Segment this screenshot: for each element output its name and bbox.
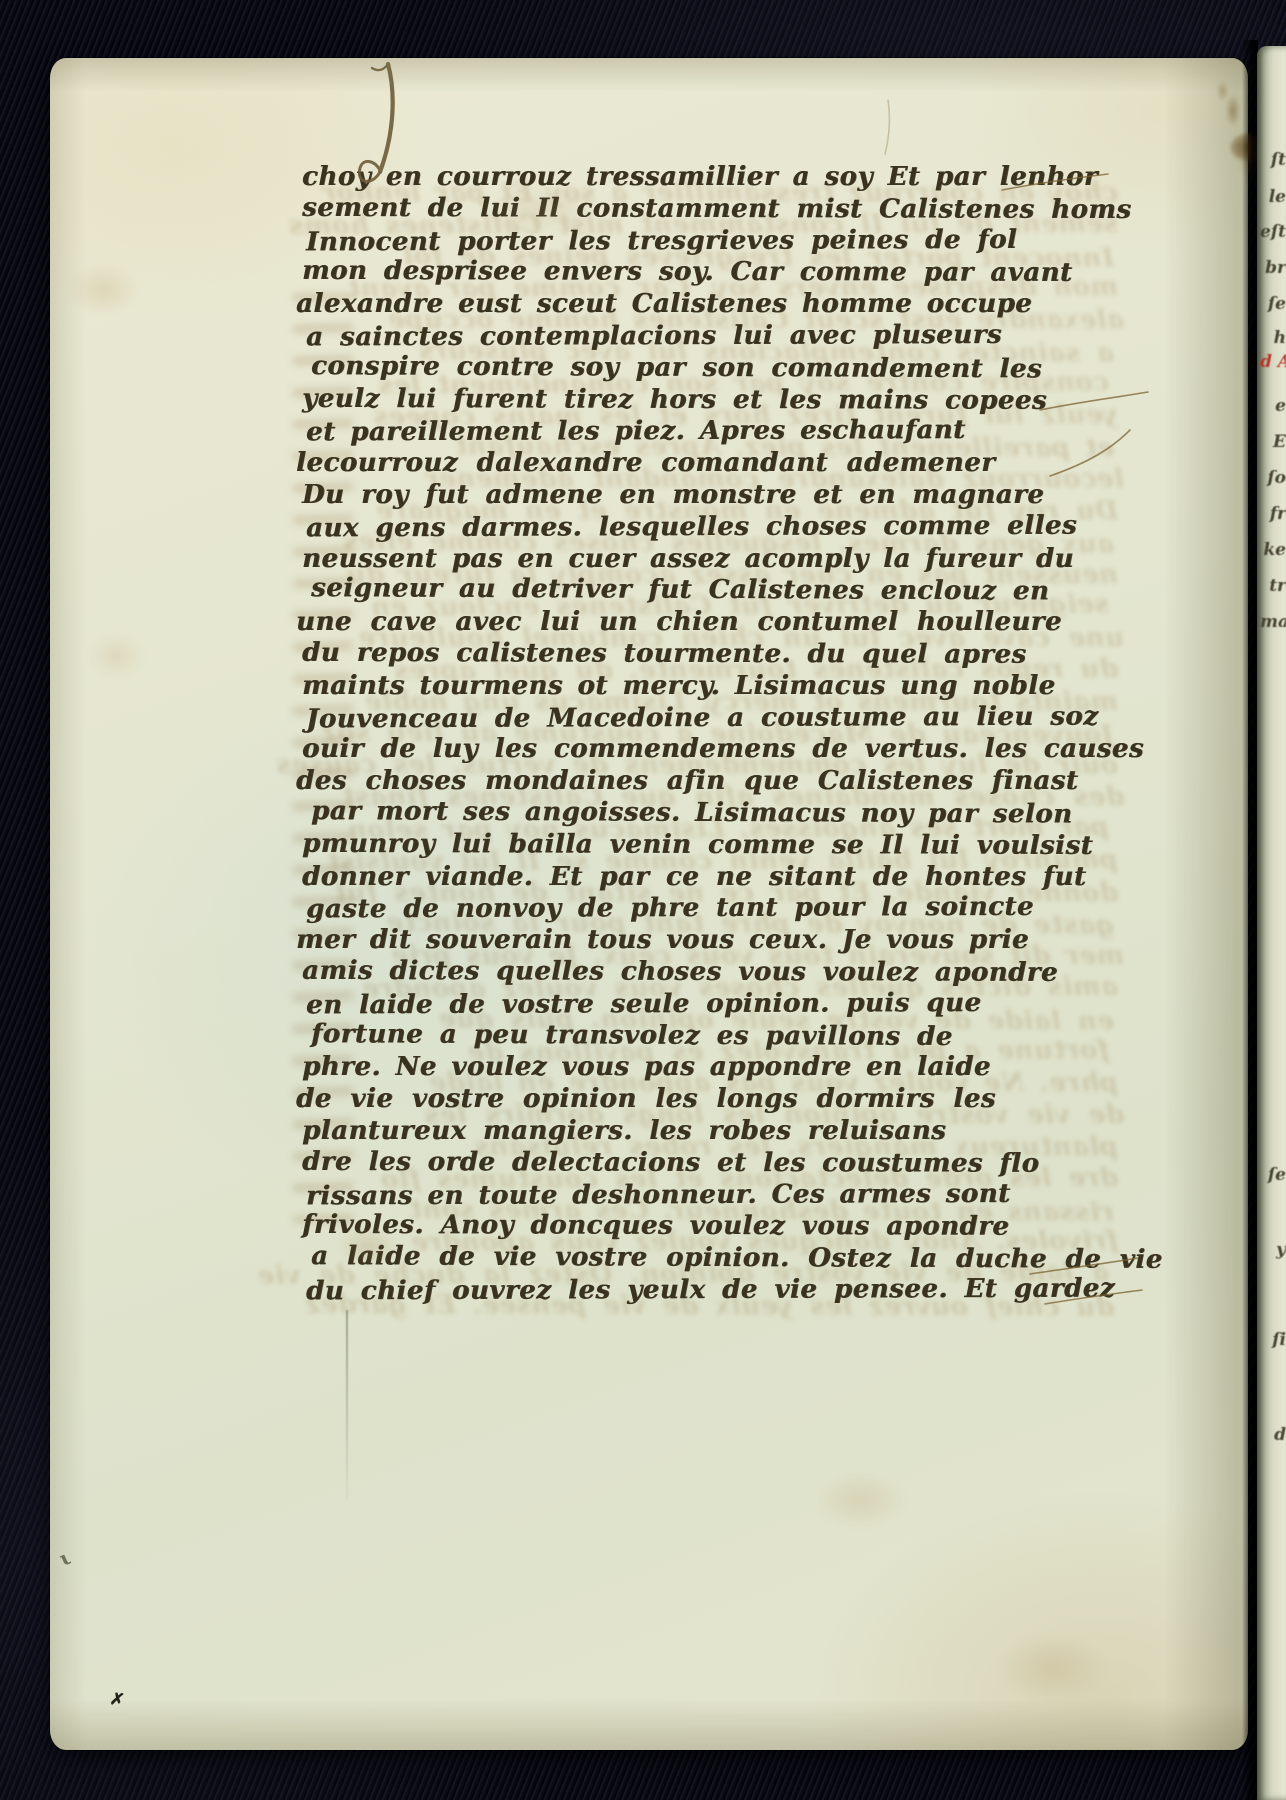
manuscript-line: plantureux mangiers. les robes reluisans	[302, 1116, 1132, 1148]
manuscript-line: alexandre eust sceut Calistenes homme oc…	[296, 289, 1126, 321]
manuscript-line: de vie vostre opinion les longs dormirs …	[296, 1084, 1126, 1116]
manuscript-line: Du roy fut admene en monstre et en magna…	[302, 480, 1132, 512]
manuscript-line: mon desprisee envers soy. Car comme par …	[302, 256, 1132, 290]
manuscript-line: conspire contre soy par son comandement …	[311, 351, 1141, 386]
facing-page-text-fragment: fr	[1260, 504, 1286, 524]
facing-page-text-fragment: le	[1260, 187, 1286, 207]
manuscript-line: amis dictes quelles choses vous voulez a…	[302, 956, 1132, 990]
manuscript-page: choy en courrouz tressamillier a soy Et …	[50, 58, 1248, 1750]
facing-page-text-fragment: ſe	[1260, 1165, 1286, 1185]
manuscript-line: sement de lui Il constamment mist Calist…	[302, 193, 1132, 227]
corner-ink-mark: ✗	[108, 1689, 126, 1711]
facing-page-text-fragment: ſo	[1260, 468, 1286, 488]
stain	[480, 186, 600, 236]
manuscript-line: en laide de vostre seule opinion. puis q…	[306, 987, 1136, 1022]
manuscript-line: dre les orde delectacions et les coustum…	[302, 1147, 1132, 1181]
manuscript-line: pmunroy lui bailla venin comme se Il lui…	[302, 829, 1132, 863]
manuscript-line: gaste de nonvoy de phre tant pour la soi…	[306, 892, 1136, 927]
facing-page-text-fragment: h	[1260, 328, 1286, 348]
manuscript-line: frivoles. Anoy doncques voulez vous apon…	[302, 1210, 1132, 1244]
facing-page-text-fragment: eſt	[1260, 222, 1286, 242]
manuscript-line: aux gens darmes. lesquelles choses comme…	[306, 510, 1136, 545]
facing-page-text-fragment: E	[1260, 432, 1286, 452]
manuscript-line: une cave avec lui un chien contumel houl…	[296, 607, 1126, 639]
facing-page-text-fragment: d Al	[1260, 352, 1286, 372]
manuscript-line: par mort ses angoisses. Lisimacus noy pa…	[311, 796, 1141, 831]
facing-page-text-fragment: ke	[1260, 540, 1286, 560]
manuscript-line: fortune a peu transvolez es pavillons de	[311, 1019, 1141, 1054]
manuscript-line: du repos calistenes tourmente. du quel a…	[302, 638, 1132, 672]
facing-page-text-fragment: d	[1260, 1425, 1286, 1445]
facing-page-text-fragment: ma	[1260, 612, 1286, 632]
stain	[68, 263, 138, 317]
facing-page-text-fragment: tr	[1260, 576, 1286, 596]
facing-page-edge: ſtleeſtbrſehd AleEſofrketrmaſeyſid	[1257, 46, 1286, 1800]
manuscript-line: donner viande. Et par ce ne sitant de ho…	[302, 862, 1132, 894]
manuscript-line: des choses mondaines afin que Calistenes…	[296, 766, 1126, 798]
facing-page-text-fragment: br	[1260, 258, 1286, 278]
facing-page-text-fragment: ſt	[1260, 150, 1286, 170]
manuscript-line: ouir de luy les commendemens de vertus. …	[302, 734, 1132, 766]
stain	[336, 1226, 400, 1266]
manuscript-line: et pareillement les piez. Apres eschaufa…	[306, 415, 1136, 450]
stain	[998, 1633, 1108, 1703]
manuscript-line: lecourrouz dalexandre comandant ademener	[296, 448, 1126, 480]
manuscript-line: phre. Ne voulez vous pas appondre en lai…	[302, 1052, 1132, 1084]
facing-page-text-fragment: ſe	[1260, 294, 1286, 314]
facing-page-text-fragment: e	[1260, 396, 1286, 416]
ruling-line	[346, 1310, 348, 1500]
manuscript-line: yeulz lui furent tirez hors et les mains…	[302, 383, 1132, 417]
manuscript-line: choy en courrouz tressamillier a soy Et …	[302, 162, 1132, 194]
manuscript-line: Innocent porter les tresgrieves peines d…	[306, 224, 1136, 259]
manuscript-line: du chief ouvrez les yeulx de vie pensee.…	[306, 1273, 1136, 1308]
facing-page-text-fragment: y	[1260, 1240, 1286, 1260]
manuscript-line: a laide de vie vostre opinion. Ostez la …	[311, 1241, 1141, 1276]
manuscript-photo: { "colors": { "ink": "#39321f", "rubric_…	[0, 0, 1286, 1800]
manuscript-line: neussent pas en cuer assez acomply la fu…	[302, 544, 1132, 576]
gutter-shadow	[1242, 40, 1258, 1800]
stain	[86, 633, 146, 679]
manuscript-line: maints tourmens ot mercy. Lisimacus ung …	[302, 671, 1132, 703]
manuscript-text-block: choy en courrouz tressamillier a soy Et …	[302, 162, 1132, 1307]
manuscript-line: mer dit souverain tous vous ceux. Je vou…	[296, 925, 1126, 957]
manuscript-line: rissans en toute deshonneur. Ces armes s…	[306, 1178, 1136, 1213]
manuscript-line: seigneur au detriver fut Calistenes encl…	[311, 574, 1141, 609]
stain	[812, 1470, 908, 1530]
facing-page-text-fragment: ſi	[1260, 1330, 1286, 1350]
manuscript-line: a sainctes contemplacions lui avec pluse…	[306, 320, 1136, 355]
manuscript-line: Jouvenceau de Macedoine a coustume au li…	[306, 701, 1136, 736]
margin-squiggle-mark: ι	[56, 1545, 75, 1571]
